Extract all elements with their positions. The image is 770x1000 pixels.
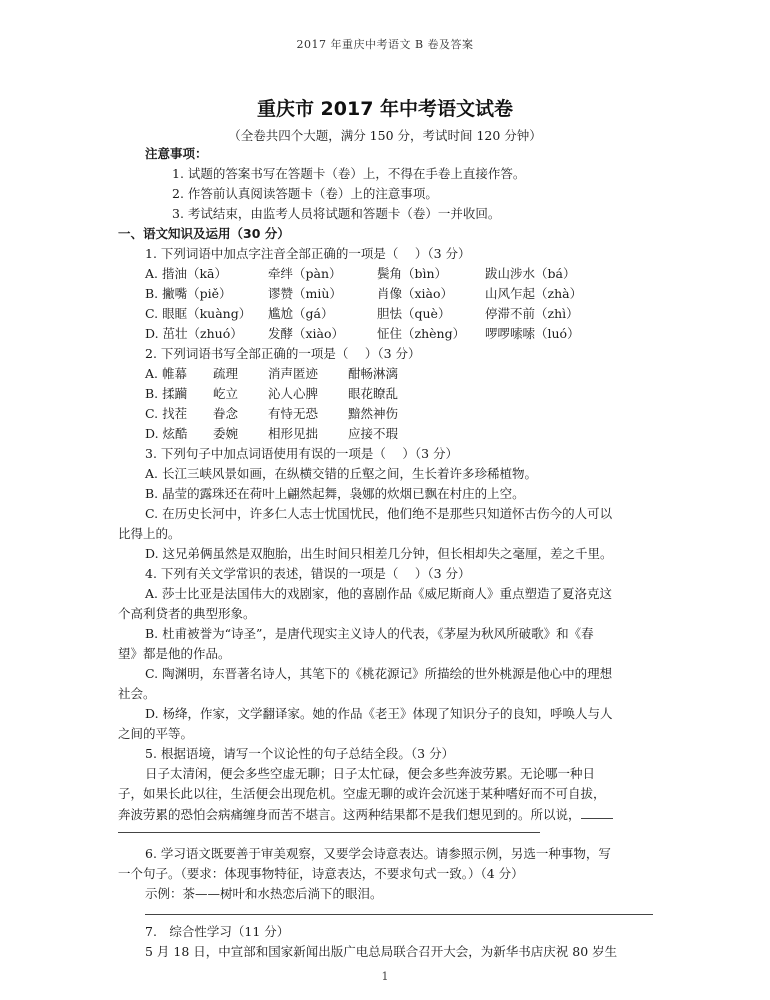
- option-cell: 眷念: [213, 406, 238, 422]
- option-cell: 胆怯（què）: [377, 306, 450, 322]
- question-4-option-b-cont: 望》都是他的作品。: [118, 646, 231, 662]
- question-3-option-c-cont: 比得上的。: [118, 526, 181, 542]
- question-4-option-d: D. 杨绛，作家，文学翻译家。她的作品《老王》体现了知识分子的良知，呼唤人与人: [145, 706, 613, 722]
- question-5-stem: 5. 根据语境，请写一个议论性的句子总结全段。（3 分）: [145, 746, 454, 762]
- option-cell: 牵绊（pàn）: [268, 266, 342, 282]
- option-cell: 疏理: [213, 366, 238, 382]
- option-cell: 沁人心脾: [268, 386, 318, 402]
- answer-line[interactable]: [145, 914, 653, 915]
- exam-subtitle: （全卷共四个大题，满分 150 分，考试时间 120 分钟）: [0, 126, 770, 144]
- question-4-option-c: C. 陶渊明，东晋著名诗人，其笔下的《桃花源记》所描绘的世外桃源是他心中的理想: [145, 666, 612, 682]
- option-cell: C. 眼眶（kuàng）: [145, 306, 251, 322]
- question-4-option-a: A. 莎士比亚是法国伟大的戏剧家，他的喜剧作品《威尼斯商人》重点塑造了夏洛克这: [145, 586, 612, 602]
- question-7-passage: 5 月 18 日，中宣部和国家新闻出版广电总局联合召开大会，为新华书店庆祝 80…: [145, 944, 617, 960]
- question-5-passage: 子，如果长此以往，生活便会出现危机。空虚无聊的或许会沉迷于某种嗜好而不可自拔，: [118, 786, 606, 802]
- option-cell: D. 茁壮（zhuó）: [145, 326, 243, 342]
- option-cell: 山风乍起（zhà）: [485, 286, 582, 302]
- question-3-option-b: B. 晶莹的露珠还在荷叶上翩然起舞，袅娜的炊烟已飘在村庄的上空。: [145, 486, 525, 502]
- option-cell: B. 揉躏: [145, 386, 187, 402]
- option-cell: 有恃无恐: [268, 406, 318, 422]
- question-6-stem-cont: 一个句子。（要求：体现事物特征，诗意表达，不要求句式一致。）（4 分）: [118, 866, 524, 882]
- question-6-example: 示例：茶——树叶和水热恋后淌下的眼泪。: [145, 886, 383, 902]
- question-6-stem: 6. 学习语文既要善于审美观察，又要学会诗意表达。请参照示例，另选一种事物，写: [145, 846, 611, 862]
- question-3-stem: 3. 下列句子中加点词语使用有误的一项是（ ）（3 分）: [145, 446, 458, 462]
- option-cell: 肖像（xiào）: [377, 286, 453, 302]
- option-cell: C. 找茬: [145, 406, 187, 422]
- option-cell: 应接不瑕: [348, 426, 398, 442]
- option-cell: 啰啰嗦嗦（luó）: [485, 326, 580, 342]
- notice-heading: 注意事项：: [145, 146, 208, 162]
- question-4-option-a-cont: 个高利贷者的典型形象。: [118, 606, 256, 622]
- option-cell: 停滞不前（zhì）: [485, 306, 579, 322]
- option-cell: 委婉: [213, 426, 238, 442]
- option-cell: 跋山涉水（bá）: [485, 266, 575, 282]
- option-cell: 眼花瞭乱: [348, 386, 398, 402]
- answer-blank[interactable]: [581, 806, 613, 819]
- running-header: 2017 年重庆中考语文 B 卷及答案: [0, 36, 770, 52]
- option-cell: 屹立: [213, 386, 238, 402]
- option-cell: 发酵（xiào）: [268, 326, 344, 342]
- option-cell: 尴尬（gá）: [268, 306, 333, 322]
- notice-item: 2. 作答前认真阅读答题卡（卷）上的注意事项。: [172, 186, 438, 202]
- question-3-option-d: D. 这兄弟俩虽然是双胞胎，出生时间只相差几分钟，但长相却失之毫厘，差之千里。: [145, 546, 613, 562]
- option-cell: 黯然神伤: [348, 406, 398, 422]
- option-cell: 相形见拙: [268, 426, 318, 442]
- option-cell: D. 炫酷: [145, 426, 188, 442]
- option-cell: 谬赞（miù）: [268, 286, 342, 302]
- question-4-option-b: B. 杜甫被誉为“诗圣”，是唐代现实主义诗人的代表，《茅屋为秋风所破歌》和《春: [145, 626, 594, 642]
- page-number: 1: [0, 970, 770, 983]
- question-5-passage: 奔波劳累的恐怕会病痛缠身而苦不堪言。这两种结果都不是我们想见到的。所以说，: [118, 806, 613, 823]
- section-heading: 一、语文知识及运用（30 分）: [118, 226, 290, 242]
- question-5-passage: 日子太清闲，便会多些空虚无聊；日子太忙碌，便会多些奔波劳累。无论哪一种日: [145, 766, 595, 782]
- exam-page: 2017 年重庆中考语文 B 卷及答案 重庆市 2017 年中考语文试卷 （全卷…: [0, 0, 770, 1000]
- question-4-option-c-cont: 社会。: [118, 686, 156, 702]
- question-1-stem: 1. 下列词语中加点字注音全部正确的一项是（ ）（3 分）: [145, 246, 471, 262]
- option-cell: 消声匿迹: [268, 366, 318, 382]
- question-3-option-a: A. 长江三峡风景如画，在纵横交错的丘壑之间，生长着许多珍稀植物。: [145, 466, 537, 482]
- question-3-option-c: C. 在历史长河中，许多仁人志士忧国忧民，他们绝不是那些只知道怀古伤今的人可以: [145, 506, 612, 522]
- question-4-stem: 4. 下列有关文学常识的表述，错误的一项是（ ）（3 分）: [145, 566, 471, 582]
- notice-item: 1. 试题的答案书写在答题卡（卷）上，不得在手卷上直接作答。: [172, 166, 525, 182]
- option-cell: 怔住（zhèng）: [377, 326, 465, 342]
- option-cell: B. 撇嘴（piě）: [145, 286, 232, 302]
- notice-item: 3. 考试结束，由监考人员将试题和答题卡（卷）一并收回。: [172, 206, 500, 222]
- option-cell: A. 帷幕: [145, 366, 187, 382]
- option-cell: A. 揩油（kā）: [145, 266, 227, 282]
- question-5-passage-text: 奔波劳累的恐怕会病痛缠身而苦不堪言。这两种结果都不是我们想见到的。所以说，: [118, 807, 581, 822]
- exam-title: 重庆市 2017 年中考语文试卷: [0, 94, 770, 121]
- answer-line[interactable]: [118, 832, 540, 833]
- option-cell: 鬓角（bìn）: [377, 266, 447, 282]
- option-cell: 酣畅淋漓: [348, 366, 398, 382]
- question-7-stem: 7. 综合性学习（11 分）: [145, 924, 289, 940]
- question-2-stem: 2. 下列词语书写全部正确的一项是（ ）（3 分）: [145, 346, 421, 362]
- question-4-option-d-cont: 之间的平等。: [118, 726, 193, 742]
